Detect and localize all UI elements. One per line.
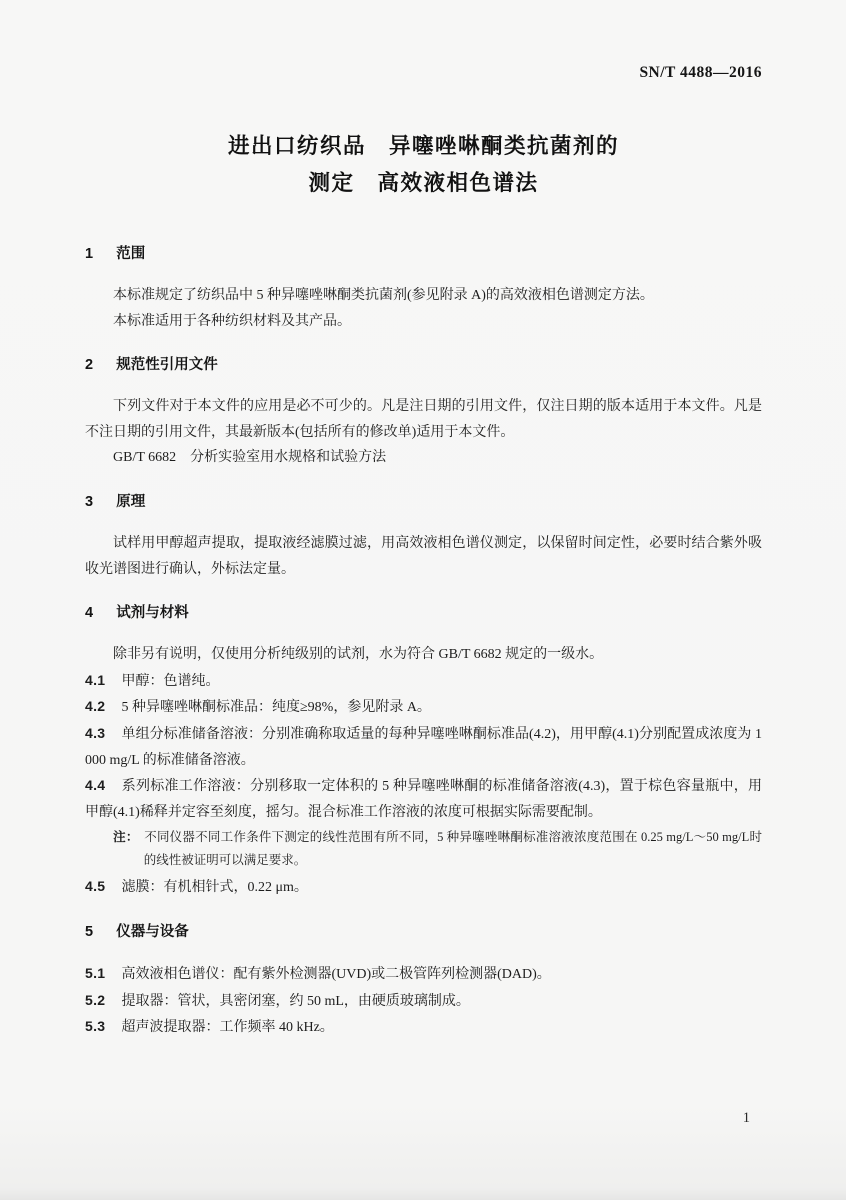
clause-number: 5.1 xyxy=(85,965,105,981)
clause-5-1: 5.1高效液相色谱仪：配有紫外检测器(UVD)或二极管阵列检测器(DAD)。 xyxy=(85,961,762,988)
note-4-4: 注：不同仪器不同工作条件下测定的线性范围有所不同，5 种异噻唑啉酮标准溶液浓度范… xyxy=(85,826,762,872)
clause-5-2: 5.2提取器：管状，具密闭塞，约 50 mL，由硬质玻璃制成。 xyxy=(85,988,762,1015)
clause-number: 4.4 xyxy=(85,777,105,793)
clause-number: 4.5 xyxy=(85,878,105,894)
clause-4-5: 4.5滤膜：有机相针式，0.22 μm。 xyxy=(85,874,762,901)
section-reagents-heading: 4试剂与材料 xyxy=(85,603,762,623)
section-number: 4 xyxy=(85,605,93,621)
clause-4-2: 4.25 种异噻唑啉酮标准品：纯度≥98%，参见附录 A。 xyxy=(85,694,762,721)
section-number: 3 xyxy=(85,494,93,510)
clause-number: 4.3 xyxy=(85,725,105,741)
clause-4-1: 4.1甲醇：色谱纯。 xyxy=(85,668,762,695)
title-line-2: 测定 高效液相色谱法 xyxy=(85,165,762,202)
section-apparatus: 5仪器与设备 5.1高效液相色谱仪：配有紫外检测器(UVD)或二极管阵列检测器(… xyxy=(85,922,762,1041)
document-title: 进出口纺织品 异噻唑啉酮类抗菌剂的 测定 高效液相色谱法 xyxy=(85,128,762,202)
section-title: 规范性引用文件 xyxy=(116,357,218,373)
section-title: 原理 xyxy=(116,494,145,510)
clause-text: 超声波提取器：工作频率 40 kHz。 xyxy=(121,1020,333,1035)
section-principle: 3原理 试样用甲醇超声提取，提取液经滤膜过滤，用高效液相色谱仪测定，以保留时间定… xyxy=(85,492,762,582)
clause-number: 5.2 xyxy=(85,992,105,1008)
section-principle-heading: 3原理 xyxy=(85,492,762,512)
page-footer: 1 xyxy=(743,1110,750,1127)
reference-entry: GB/T 6682 分析实验室用水规格和试验方法 xyxy=(85,445,762,471)
section-title: 范围 xyxy=(116,246,145,262)
clause-text: 单组分标准储备溶液：分别准确称取适量的每种异噻唑啉酮标准品(4.2)，用甲醇(4… xyxy=(85,727,762,768)
note-label: 注： xyxy=(113,830,138,844)
section-apparatus-heading: 5仪器与设备 xyxy=(85,922,762,942)
page-number: 1 xyxy=(743,1110,750,1126)
section-normative-references: 2规范性引用文件 下列文件对于本文件的应用是必不可少的。凡是注日期的引用文件，仅… xyxy=(85,355,762,471)
standard-code: SN/T 4488—2016 xyxy=(639,64,762,81)
clause-number: 4.2 xyxy=(85,698,105,714)
title-line-1: 进出口纺织品 异噻唑啉酮类抗菌剂的 xyxy=(85,128,762,165)
document-page: SN/T 4488—2016 进出口纺织品 异噻唑啉酮类抗菌剂的 测定 高效液相… xyxy=(0,0,846,1200)
section-normative-references-heading: 2规范性引用文件 xyxy=(85,355,762,375)
clause-4-4: 4.4系列标准工作溶液：分别移取一定体积的 5 种异噻唑啉酮的标准储备溶液(4.… xyxy=(85,773,762,825)
clause-text: 5 种异噻唑啉酮标准品：纯度≥98%，参见附录 A。 xyxy=(121,700,430,715)
section-scope: 1范围 本标准规定了纺织品中 5 种异噻唑啉酮类抗菌剂(参见附录 A)的高效液相… xyxy=(85,244,762,334)
clause-text: 滤膜：有机相针式，0.22 μm。 xyxy=(121,880,307,895)
section-number: 2 xyxy=(85,357,93,373)
section-title: 仪器与设备 xyxy=(116,924,189,940)
clause-text: 甲醇：色谱纯。 xyxy=(121,674,219,689)
clause-text: 系列标准工作溶液：分别移取一定体积的 5 种异噻唑啉酮的标准储备溶液(4.3)，… xyxy=(85,779,762,820)
scope-paragraph-1: 本标准规定了纺织品中 5 种异噻唑啉酮类抗菌剂(参见附录 A)的高效液相色谱测定… xyxy=(85,283,762,309)
clause-text: 提取器：管状，具密闭塞，约 50 mL，由硬质玻璃制成。 xyxy=(121,994,469,1009)
note-text: 不同仪器不同工作条件下测定的线性范围有所不同，5 种异噻唑啉酮标准溶液浓度范围在… xyxy=(144,830,762,867)
clause-number: 5.3 xyxy=(85,1018,105,1034)
section-reagents-materials: 4试剂与材料 除非另有说明，仅使用分析纯级别的试剂，水为符合 GB/T 6682… xyxy=(85,603,762,901)
scope-paragraph-2: 本标准适用于各种纺织材料及其产品。 xyxy=(85,309,762,335)
section-title: 试剂与材料 xyxy=(116,605,189,621)
references-paragraph: 下列文件对于本文件的应用是必不可少的。凡是注日期的引用文件，仅注日期的版本适用于… xyxy=(85,394,762,445)
document-header: SN/T 4488—2016 xyxy=(85,64,762,82)
clause-5-3: 5.3超声波提取器：工作频率 40 kHz。 xyxy=(85,1014,762,1041)
clause-4-3: 4.3单组分标准储备溶液：分别准确称取适量的每种异噻唑啉酮标准品(4.2)，用甲… xyxy=(85,721,762,773)
section-number: 5 xyxy=(85,924,93,940)
clause-text: 高效液相色谱仪：配有紫外检测器(UVD)或二极管阵列检测器(DAD)。 xyxy=(121,967,550,982)
clause-number: 4.1 xyxy=(85,672,105,688)
section-scope-heading: 1范围 xyxy=(85,244,762,264)
principle-paragraph: 试样用甲醇超声提取，提取液经滤膜过滤，用高效液相色谱仪测定，以保留时间定性，必要… xyxy=(85,531,762,582)
section-number: 1 xyxy=(85,246,93,262)
reagents-intro: 除非另有说明，仅使用分析纯级别的试剂，水为符合 GB/T 6682 规定的一级水… xyxy=(85,642,762,668)
